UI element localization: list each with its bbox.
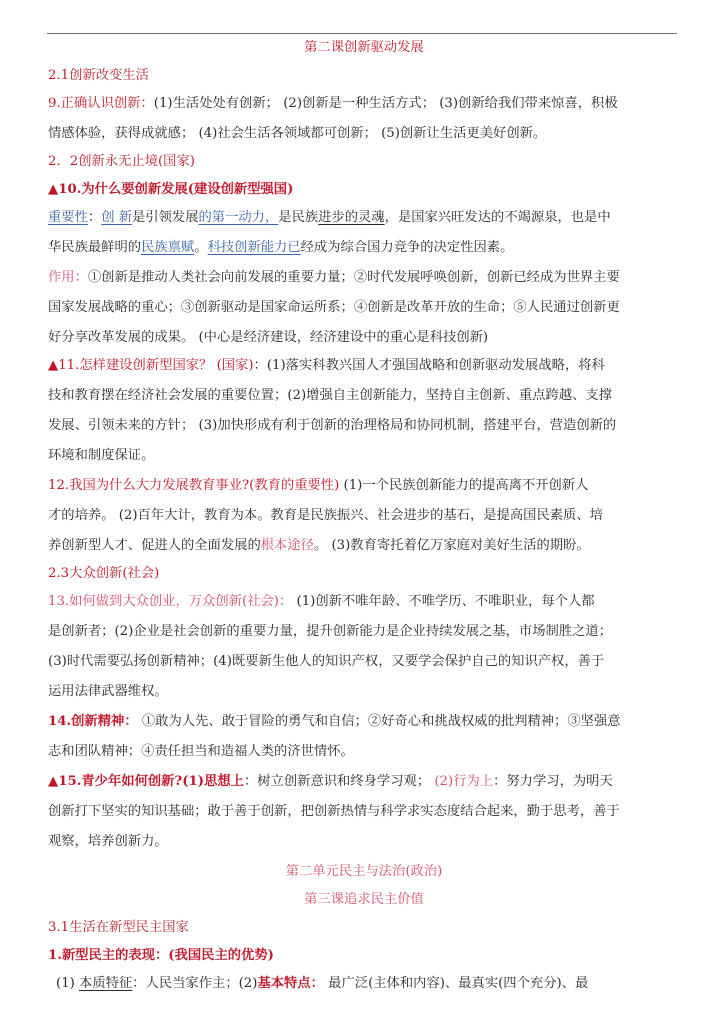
text: (1) xyxy=(56,976,79,991)
term-first-driving-force: 的第一动力， xyxy=(199,210,279,225)
text: ①创新是推动人类社会向前发展的重要力量；②时代发展呼唤创新，创新已经成为世界主要 xyxy=(88,270,620,285)
q13-line-2: 是创新者；(2)企业是社会创新的重要力量，提升创新能力是企业持续发展之基，市场制… xyxy=(48,622,612,642)
q12-line-1: 12.我国为什么大力发展教育事业?(教育的重要性) (1)一个民族创新能力的提高… xyxy=(48,476,588,496)
term-fundamental-way: 根本途径 xyxy=(261,538,314,553)
q13-label: 13.如何做到大众创业，万众创新(社会)： xyxy=(48,594,292,609)
q1-line-1: (1) 本质特征：人民当家作主；(2)基本特点： 最广泛(主体和内容)、最真实(… xyxy=(56,974,588,994)
q15-line-3: 观察，培养创新力。 xyxy=(48,832,168,852)
text: 经成为综合国力竞争的决定性因素。 xyxy=(301,240,514,255)
q10-label: ▲10.为什么要创新发展(建设创新型强国) xyxy=(48,180,293,200)
header-rule xyxy=(47,33,677,34)
q15-line-1: ▲15.青少年如何创新?(1)思想上：树立创新意识和终身学习观； (2)行为上：… xyxy=(48,772,613,792)
q15-behavior-label: (2)行为上 xyxy=(434,774,493,789)
q10-importance-line-1: 重要性：创 新是引领发展的第一动力，是民族进步的灵魂，是国家兴旺发达的不竭源泉，… xyxy=(48,208,611,228)
q11-label: ▲11.怎样建设创新型国家？ (国家) xyxy=(48,358,254,373)
q13-line-1: 13.如何做到大众创业，万众创新(社会)： (1)创新不唯年龄、不唯学历、不唯职… xyxy=(48,592,595,612)
lesson3-title: 第三课追求民主价值 xyxy=(48,890,680,910)
q13-line-3: (3)时代需要弘扬创新精神；(4)既要新生他人的知识产权，又要学会保护自己的知识… xyxy=(48,652,604,672)
text: 是引领发展 xyxy=(132,210,198,225)
q9-text: (1)生活处处有创新； (2)创新是一种生活方式； (3)创新给我们带来惊喜，积… xyxy=(154,96,618,111)
text: ：树立创新意识和终身学习观； xyxy=(244,774,434,789)
lesson-title: 第二课创新驱动发展 xyxy=(48,38,680,58)
q9-line-1: 9.正确认识创新：(1)生活处处有创新； (2)创新是一种生活方式； (3)创新… xyxy=(48,94,618,114)
colon: ： xyxy=(88,210,101,225)
text: ①敢为人先、敢于冒险的勇气和自信；②好奇心和挑战权威的批判精神；③坚强意 xyxy=(138,714,621,729)
q15-line-2: 创新打下坚实的知识基础；敢于善于创新，把创新热情与科学求实态度结合起来，勤于思考… xyxy=(48,802,620,822)
q10-effect-line-1: 作用：①创新是推动人类社会向前发展的重要力量；②时代发展呼唤创新，创新已经成为世… xyxy=(48,268,620,288)
term-national-endowment: 民族禀赋 xyxy=(141,240,194,255)
text: ：(1)落实科教兴国人才强国战略和创新驱动发展战略，将科 xyxy=(254,358,605,373)
q11-line-2: 技和教育摆在经济社会发展的重要位置；(2)增强自主创新能力，坚持自主创新、重点跨… xyxy=(48,386,612,406)
section-heading-2-2: 2．2创新永无止境(国家) xyxy=(48,152,195,172)
importance-label: 重要性 xyxy=(48,210,88,225)
q12-line-2: 才的培养。 (2)百年大计，教育为本。教育是民族振兴、社会进步的基石，是提高国民… xyxy=(48,506,603,526)
text: 华民族最鲜明的 xyxy=(48,240,141,255)
q14-line-1: 14.创新精神： ①敢为人先、敢于冒险的勇气和自信；②好奇心和挑战权威的批判精神… xyxy=(48,712,621,732)
q14-label: 14.创新精神： xyxy=(48,714,138,729)
term-innovation: 创 新 xyxy=(101,210,132,225)
text: (1)一个民族创新能力的提高离不开创新人 xyxy=(339,478,588,493)
section-heading-2-3: 2.3大众创新(社会) xyxy=(48,564,159,584)
text: 是民族 xyxy=(278,210,318,225)
q10-importance-line-2: 华民族最鲜明的民族禀赋。科技创新能力已经成为综合国力竞争的决定性因素。 xyxy=(48,238,513,258)
text: (1)创新不唯年龄、不唯学历、不唯职业，每个人都 xyxy=(292,594,594,609)
q11-line-3: 发展、引领未来的方针； (3)加快形成有利于创新的治理格局和协同机制，搭建平台，… xyxy=(48,416,616,436)
q14-line-2: 志和团队精神；④责任担当和造福人类的济世情怀。 xyxy=(48,742,354,762)
text: 。 (3)教育寄托着亿万家庭对美好生活的期盼。 xyxy=(314,538,590,553)
q12-line-3: 养创新型人才、促进人的全面发展的根本途径。 (3)教育寄托着亿万家庭对美好生活的… xyxy=(48,536,590,556)
term-soul-of-progress: 进步的灵魂 xyxy=(318,210,384,225)
text: 最广泛(主体和内容)、最真实(四个充分)、最 xyxy=(324,976,588,991)
text: 养创新型人才、促进人的全面发展的 xyxy=(48,538,261,553)
section-heading-2-1: 2.1创新改变生活 xyxy=(48,66,149,86)
q9-label: 9.正确认识创新： xyxy=(48,96,154,111)
text: ：努力学习，为明天 xyxy=(493,774,613,789)
term-tech-innovation-capability: 科技创新能力已 xyxy=(208,240,301,255)
q13-line-4: 运用法律武器维权。 xyxy=(48,682,168,702)
text: 。 xyxy=(194,240,207,255)
text: ，是国家兴旺发达的不竭源泉，也是中 xyxy=(385,210,611,225)
q10-effect-line-3: 好分享改革发展的成果。 (中心是经济建设，经济建设中的重心是科技创新) xyxy=(48,328,488,348)
q12-label: 12.我国为什么大力发展教育事业?(教育的重要性) xyxy=(48,478,339,493)
q1-label: 1.新型民主的表现：(我国民主的优势) xyxy=(48,946,274,966)
section-heading-3-1: 3.1生活在新型民主国家 xyxy=(48,918,189,938)
q15-label: ▲15.青少年如何创新?(1)思想上 xyxy=(48,774,244,789)
term-essential-feature: 本质特征 xyxy=(79,976,132,991)
unit-title: 第二单元民主与法治(政治) xyxy=(48,862,680,882)
text: ：人民当家作主；(2) xyxy=(132,976,257,991)
effect-label: 作用： xyxy=(48,270,88,285)
basic-features-label: 基本特点： xyxy=(257,976,323,991)
q11-line-1: ▲11.怎样建设创新型国家？ (国家)：(1)落实科教兴国人才强国战略和创新驱动… xyxy=(48,356,605,376)
q10-effect-line-2: 国家发展战略的重心；③创新驱动是国家命运所系；④创新是改革开放的生命；⑤人民通过… xyxy=(48,298,620,318)
q9-line-2: 情感体验，获得成就感； (4)社会生活各领域都可创新； (5)创新让生活更美好创… xyxy=(48,124,546,144)
q11-line-4: 环境和制度保证。 xyxy=(48,446,154,466)
